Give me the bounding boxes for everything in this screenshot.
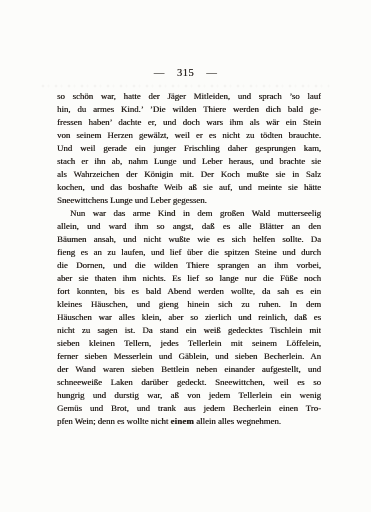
text-line: Nun war das arme Kind in dem großen Wald… bbox=[57, 207, 321, 220]
text-line: Bäumen ansah, und nicht wußte wie es sic… bbox=[57, 233, 321, 246]
text-line: nicht zu sagen ist. Da stand ein weiß ge… bbox=[57, 324, 321, 337]
book-page-scan: — 315 — so schön war, hatte der Jäger Mi… bbox=[0, 0, 371, 512]
text-line: allein, und ward ihm so angst, daß es al… bbox=[57, 220, 321, 233]
text-line: stach er ihn ab, nahm Lunge und Leber he… bbox=[57, 155, 321, 168]
emphasized-word: einem bbox=[170, 416, 193, 426]
text-line: sieben kleinen Tellern, jedes Tellerlein… bbox=[57, 337, 321, 350]
text-segment: allein alles wegnehmen. bbox=[194, 416, 281, 426]
text-segment: pfen Wein; denn es wollte nicht bbox=[57, 416, 170, 426]
page-number: — 315 — bbox=[0, 67, 371, 81]
text-line: aber sie thaten ihm nichts. Es lief so l… bbox=[57, 272, 321, 285]
paragraph: Nun war das arme Kind in dem großen Wald… bbox=[57, 207, 321, 428]
text-line: fieng es an zu laufen, und lief über die… bbox=[57, 246, 321, 259]
text-line: der Wand waren sieben Bettlein neben ein… bbox=[57, 363, 321, 376]
text-line: die Dornen, und die wilden Thiere sprang… bbox=[57, 259, 321, 272]
text-line: als Wahrzeichen der Königin mit. Der Koc… bbox=[57, 168, 321, 181]
text-line: so schön war, hatte der Jäger Mitleiden,… bbox=[57, 90, 321, 103]
text-line: ferner sieben Messerlein und Gäblein, un… bbox=[57, 350, 321, 363]
text-line: pfen Wein; denn es wollte nicht einem al… bbox=[57, 415, 321, 428]
text-line: Und weil gerade ein junger Frischling da… bbox=[57, 142, 321, 155]
text-line: Sneewittchens Lunge und Leber gegessen. bbox=[57, 194, 321, 207]
text-line: von seinem Herzen gewälzt, weil er es ni… bbox=[57, 129, 321, 142]
text-line: Gemüs und Brot, und trank aus jedem Bech… bbox=[57, 402, 321, 415]
text-line: fressen haben’ dachte er, und doch wars … bbox=[57, 116, 321, 129]
text-line: kleines Häuschen, und gieng hinein sich … bbox=[57, 298, 321, 311]
text-line: fort konnten, bis es bald Abend werden w… bbox=[57, 285, 321, 298]
text-line: hin, du armes Kind.’ ’Die wilden Thiere … bbox=[57, 103, 321, 116]
scan-noise-artifact bbox=[42, 85, 329, 87]
text-line: kochen, und das boshafte Weib aß sie auf… bbox=[57, 181, 321, 194]
paragraph: so schön war, hatte der Jäger Mitleiden,… bbox=[57, 90, 321, 207]
text-block: so schön war, hatte der Jäger Mitleiden,… bbox=[57, 90, 321, 428]
text-line: Häuschen war alles klein, aber so zierli… bbox=[57, 311, 321, 324]
text-line: hungrig und durstig war, aß von jedem Te… bbox=[57, 389, 321, 402]
text-line: schneeweiße Laken darüber gedeckt. Sneew… bbox=[57, 376, 321, 389]
